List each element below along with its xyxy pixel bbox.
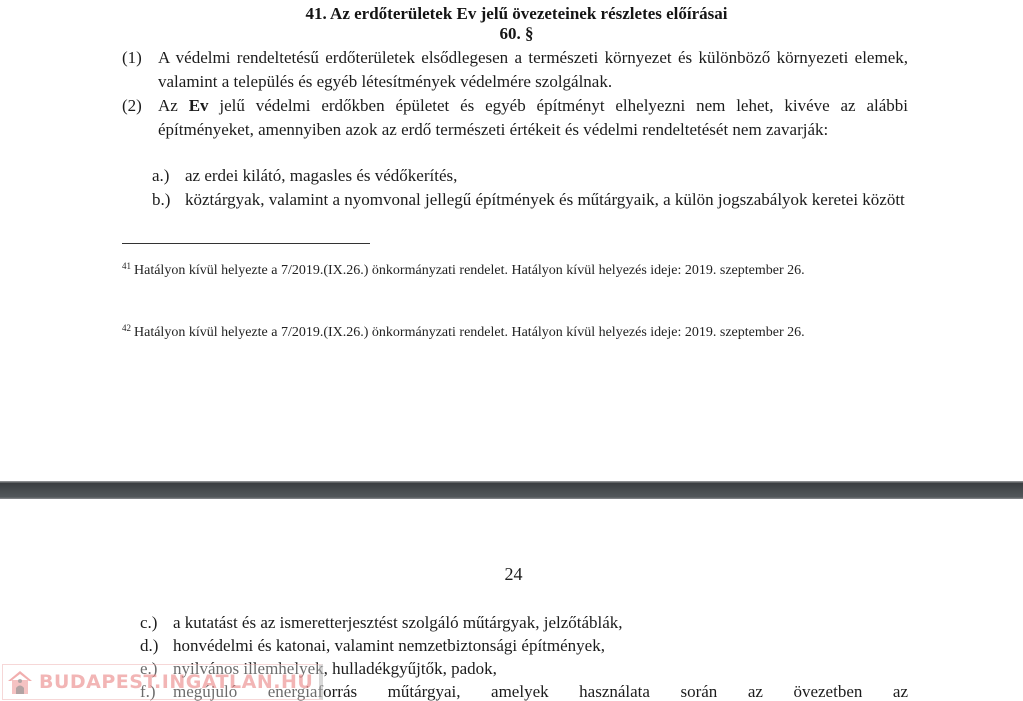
list-item-text: honvédelmi és katonai, valamint nemzetbi… [173, 634, 908, 657]
page-number: 24 [0, 563, 1023, 585]
footnote-marker: 42 [122, 323, 131, 333]
list-item-text: nyilvános illemhelyek, hulladékgyűjtők, … [173, 657, 908, 680]
list-item: c.) a kutatást és az ismeretterjesztést … [140, 611, 908, 634]
list-item-text: megújuló energiaforrás műtárgyai, amelye… [173, 680, 908, 701]
list-item: e.) nyilvános illemhelyek, hulladékgyűjt… [140, 657, 908, 680]
footnote: 41Hatályon kívül helyezte a 7/2019.(IX.2… [122, 256, 908, 281]
footnote-marker: 41 [122, 261, 131, 271]
list-item-text: az erdei kilátó, magasles és védőkerítés… [185, 164, 908, 188]
footnote-text: Hatályon kívül helyezte a 7/2019.(IX.26.… [134, 263, 805, 278]
paragraph-number: (2) [122, 94, 142, 118]
paragraph-1: (1) A védelmi rendeltetésű erdőterületek… [122, 46, 908, 94]
list-item-label: a.) [152, 164, 169, 188]
list-item-text: a kutatást és az ismeretterjesztést szol… [173, 611, 908, 634]
list-item-label: f.) [140, 680, 156, 701]
list-item-label: d.) [140, 634, 158, 657]
zone-code: Ev [189, 96, 209, 115]
page-separator [0, 481, 1023, 499]
list-item: f.) megújuló energiaforrás műtárgyai, am… [140, 680, 908, 701]
list-item-label: e.) [140, 657, 157, 680]
footnote: 42Hatályon kívül helyezte a 7/2019.(IX.2… [122, 318, 908, 343]
list-item: d.) honvédelmi és katonai, valamint nemz… [140, 634, 908, 657]
section-heading: 41. Az erdőterületek Ev jelű övezeteinek… [5, 4, 1023, 24]
paragraph-number: (1) [122, 46, 142, 70]
list-item: b.) köztárgyak, valamint a nyomvonal jel… [152, 188, 908, 212]
footnote-text: Hatályon kívül helyezte a 7/2019.(IX.26.… [134, 325, 805, 340]
list-item-label: c.) [140, 611, 157, 634]
pdf-viewer[interactable]: 41. Az erdőterületek Ev jelű övezeteinek… [0, 0, 1023, 701]
paragraph-2: (2) Az Ev jelű védelmi erdőkben épületet… [122, 94, 908, 142]
list-item-label: b.) [152, 188, 170, 212]
list-item-text: köztárgyak, valamint a nyomvonal jellegű… [185, 188, 908, 212]
pdf-page-23: 41. Az erdőterületek Ev jelű övezeteinek… [0, 0, 1023, 482]
paragraph-sign: 60. § [5, 24, 1023, 44]
paragraph-text-part: jelű védelmi erdőkben épületet és egyéb … [158, 96, 908, 139]
paragraph-text-part: Az [158, 96, 189, 115]
paragraph-text: A védelmi rendeltetésű erdőterületek els… [158, 46, 908, 94]
paragraph-text: Az Ev jelű védelmi erdőkben épületet és … [158, 94, 908, 142]
footnote-separator [122, 243, 370, 244]
list-item: a.) az erdei kilátó, magasles és védőker… [152, 164, 908, 188]
